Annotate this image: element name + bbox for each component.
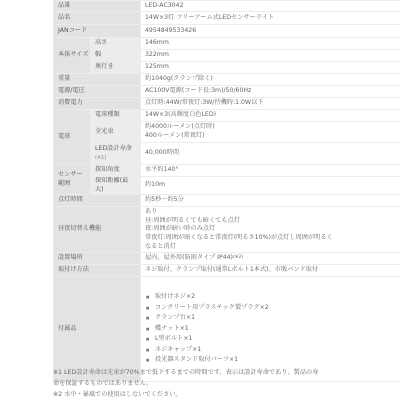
accessories-list: 取付けネジ×2 コンクリート用プラスチック製プラグ×2 クランプ台×1 蝶ナット… <box>145 292 400 366</box>
value-power-consumption: 点灯時:44W/常夜灯:3W/待機時:1.0W以下 <box>141 98 400 110</box>
value-sensor-angle: 水平約140° <box>141 165 400 177</box>
row-power-consumption: 消費電力 点灯時:44W/常夜灯:3W/待機時:1.0W以下 <box>54 98 400 110</box>
accessory-item: 蝶ナット×1 <box>155 324 400 335</box>
value-mounting-method: ネジ取付、クランプ取付(通常Lボルト1本式)、市販バンド取付 <box>141 265 400 277</box>
label-installation-place: 設置場所 <box>54 253 141 265</box>
label-lifespan-text: LED設計寿命 <box>95 145 136 154</box>
label-jan-code: JANコード <box>54 25 141 38</box>
footnote-2: ※2 水中・暴風での使用はしないでください。 <box>53 389 353 400</box>
label-height: 高さ <box>91 38 141 50</box>
row-mounting-method: 取付け方法 ネジ取付、クランプ取付(通常Lボルト1本式)、市販バンド取付 <box>54 265 400 277</box>
row-product-name: 品名 14W×3灯 フリーアーム式LEDセンサーライト <box>54 12 400 25</box>
row-body-height: 本体サイズ 高さ 146mm <box>54 38 400 50</box>
row-product-number: 品番 LED-AC3042 <box>54 1 400 12</box>
value-weight: 約1040g(クランプ除く) <box>141 74 400 86</box>
value-accessories: 取付けネジ×2 コンクリート用プラスチック製プラグ×2 クランプ台×1 蝶ナット… <box>141 277 400 382</box>
label-depth: 奥行き <box>91 62 141 74</box>
label-lifespan: LED設計寿命 (※1) <box>91 143 141 165</box>
value-power-voltage: AC100V電源(コード長:3m)/50/60Hz <box>141 86 400 98</box>
value-bulb-type: 14W×3(高輝度白色LED) <box>141 110 400 122</box>
row-power-voltage: 電源/電圧 AC100V電源(コード長:3m)/50/60Hz <box>54 86 400 98</box>
value-product-number: LED-AC3042 <box>141 1 400 12</box>
label-power-consumption: 消費電力 <box>54 98 141 110</box>
label-bulb: 電球 <box>54 110 91 165</box>
value-luminous-flux: 約4000ルーメン(点灯時) 400ルーメン(常夜灯) <box>141 122 400 143</box>
footnote-1-line1: ※1 LED設計寿命は光束が70%まで低下するまでの時間です。表示は設計寿命であ… <box>53 367 353 378</box>
label-weight: 重量 <box>54 74 141 86</box>
label-sensor-distance: 探知距離(最大) <box>91 177 141 195</box>
accessory-item: ネジキャップ×1 <box>155 345 400 356</box>
accessory-item: コンクリート用プラスチック製プラグ×2 <box>155 303 400 314</box>
row-lighting-time: 点灯時間 約5秒〜約5分 <box>54 195 400 207</box>
accessory-item: L型ボルト×1 <box>155 334 400 345</box>
row-bulb-type: 電球 電球種類 14W×3(高輝度白色LED) <box>54 110 400 122</box>
value-depth: 125mm <box>141 62 400 74</box>
label-luminous-flux: 全光束 <box>91 122 141 143</box>
installation-place-note: (※2) <box>233 255 243 260</box>
label-bulb-type: 電球種類 <box>91 110 141 122</box>
label-product-number: 品番 <box>54 1 141 12</box>
label-day-night: 昼夜切替え機能 <box>54 207 141 253</box>
label-sensor-range: センサー範囲 <box>54 165 91 195</box>
value-sensor-distance: 約10m <box>141 177 400 195</box>
day-night-line: 常夜灯:周囲が暗くなると常夜灯(明るさ10%)が点灯し周囲が明るく <box>145 234 400 243</box>
row-body-width: 幅 322mm <box>54 50 400 62</box>
label-body-size: 本体サイズ <box>54 38 91 74</box>
row-weight: 重量 約1040g(クランプ除く) <box>54 74 400 86</box>
day-night-line: 夜:周囲が暗い時のみ点灯 <box>145 225 400 234</box>
label-product-name: 品名 <box>54 12 141 25</box>
label-power-voltage: 電源/電圧 <box>54 86 141 98</box>
value-jan-code: 4954849533426 <box>141 25 400 38</box>
value-product-name: 14W×3灯 フリーアーム式LEDセンサーライト <box>141 12 400 25</box>
row-sensor-angle: センサー範囲 探知角度 水平約140° <box>54 165 400 177</box>
value-installation-place: 屋内、屋外用(防雨タイプ IP44)(※2) <box>141 253 400 265</box>
accessory-item: 取付けネジ×2 <box>155 292 400 303</box>
value-lifespan: 40,000時間 <box>141 143 400 165</box>
value-luminous-flux-line1: 約4000ルーメン(点灯時) <box>145 123 400 132</box>
label-accessories: 付属品 <box>54 277 141 382</box>
row-installation-place: 設置場所 屋内、屋外用(防雨タイプ IP44)(※2) <box>54 253 400 265</box>
value-luminous-flux-line2: 400ルーメン(常夜灯) <box>145 132 400 141</box>
value-height: 146mm <box>141 38 400 50</box>
accessory-item: クランプ台×1 <box>155 313 400 324</box>
day-night-line: なると消灯 <box>145 243 400 252</box>
value-day-night: あり 昼:周囲が明るくても暗くても点灯 夜:周囲が暗い時のみ点灯 常夜灯:周囲が… <box>141 207 400 253</box>
footnotes: ※1 LED設計寿命は光束が70%まで低下するまでの時間です。表示は設計寿命であ… <box>53 367 353 400</box>
row-jan-code: JANコード 4954849533426 <box>54 25 400 38</box>
value-width: 322mm <box>141 50 400 62</box>
row-accessories: 付属品 取付けネジ×2 コンクリート用プラスチック製プラグ×2 クランプ台×1 … <box>54 277 400 382</box>
label-sensor-angle: 探知角度 <box>91 165 141 177</box>
row-day-night: 昼夜切替え機能 あり 昼:周囲が明るくても暗くても点灯 夜:周囲が暗い時のみ点灯… <box>54 207 400 253</box>
label-mounting-method: 取付け方法 <box>54 265 141 277</box>
row-lifespan: LED設計寿命 (※1) 40,000時間 <box>54 143 400 165</box>
label-width: 幅 <box>91 50 141 62</box>
day-night-line: あり <box>145 208 400 217</box>
installation-place-text: 屋内、屋外用(防雨タイプ IP44) <box>145 254 233 261</box>
row-sensor-distance: 探知距離(最大) 約10m <box>54 177 400 195</box>
label-lifespan-note: (※1) <box>95 154 136 163</box>
value-lighting-time: 約5秒〜約5分 <box>141 195 400 207</box>
spec-table: 品番 LED-AC3042 品名 14W×3灯 フリーアーム式LEDセンサーライ… <box>53 0 400 382</box>
row-luminous-flux: 全光束 約4000ルーメン(点灯時) 400ルーメン(常夜灯) <box>54 122 400 143</box>
accessory-item: 投光器スタンド取付パーツ×1 <box>155 355 400 366</box>
label-lighting-time: 点灯時間 <box>54 195 141 207</box>
footnote-1-line2: 命を保証するものではありません。 <box>53 378 353 389</box>
row-body-depth: 奥行き 125mm <box>54 62 400 74</box>
